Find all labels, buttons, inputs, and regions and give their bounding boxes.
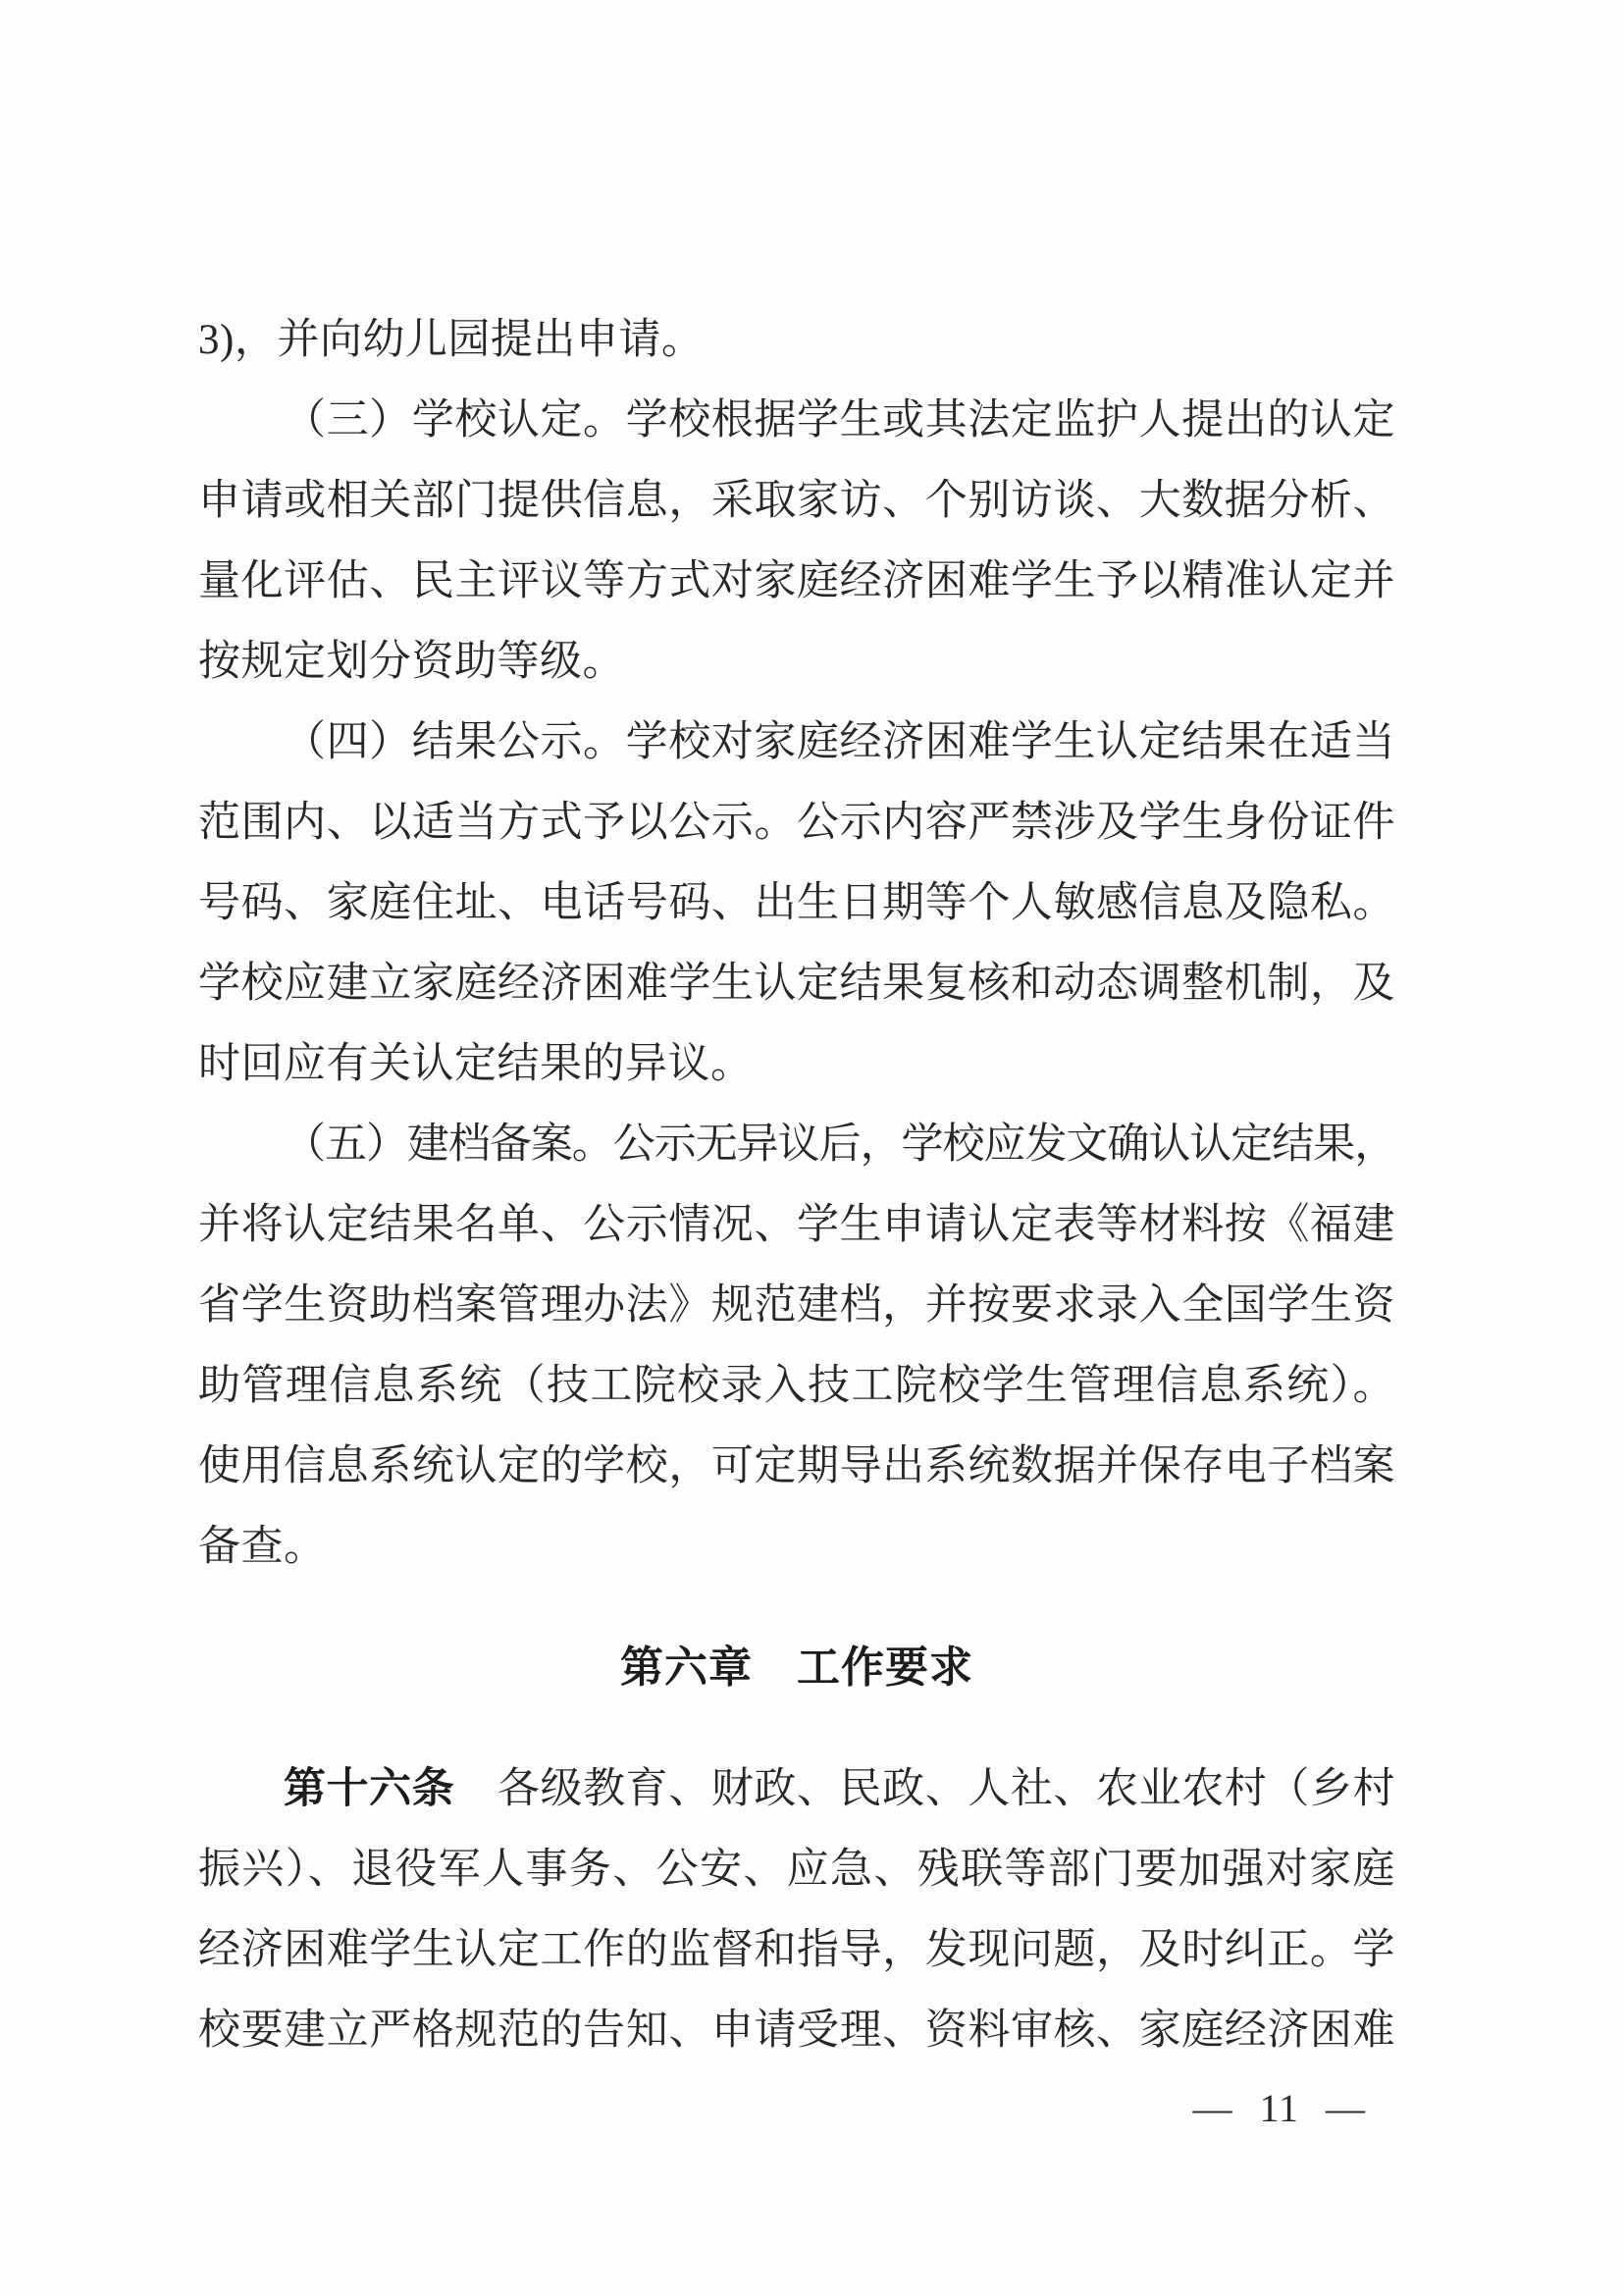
text-line: 3)，并向幼儿园提出申请。 [198,300,1395,381]
text-line: 并将认定结果名单、公示情况、学生申请认定表等材料按《福建 [198,1185,1395,1266]
text-line: 号码、家庭住址、电话号码、出生日期等个人敏感信息及隐私。 [198,863,1395,944]
text-line: （三）学校认定。学校根据学生或其法定监护人提出的认定 [198,381,1395,461]
text-line: （四）结果公示。学校对家庭经济困难学生认定结果在适当 [198,703,1395,783]
text-line: 经济困难学生认定工作的监督和指导，发现问题，及时纠正。学 [198,1910,1395,1991]
page-number: — 11 — [1192,2086,1366,2130]
text-line: 按规定划分资助等级。 [198,622,1395,703]
document-page: 3)，并向幼儿园提出申请。（三）学校认定。学校根据学生或其法定监护人提出的认定申… [0,0,1623,2296]
text-line: 省学生资助档案管理办法》规范建档，并按要求录入全国学生资 [198,1266,1395,1346]
text-line: （五）建档备案。公示无异议后，学校应发文确认认定结果， [198,1105,1395,1185]
text-line: 助管理信息系统（技工院校录入技工院校学生管理信息系统）。 [198,1346,1395,1427]
text-line: 申请或相关部门提供信息，采取家访、个别访谈、大数据分析、 [198,461,1395,542]
text-line: 学校应建立家庭经济困难学生认定结果复核和动态调整机制，及 [198,944,1395,1024]
page-footer: — 11 — [1192,2084,1366,2133]
text-line: 第十六条 各级教育、财政、民政、人社、农业农村（乡村 [198,1748,1395,1830]
text-line: 备查。 [198,1507,1395,1588]
text-line: 时回应有关认定结果的异议。 [198,1024,1395,1105]
text-segment: 各级教育、财政、民政、人社、农业农村（乡村 [454,1766,1395,1812]
text-line: 量化评估、民主评议等方式对家庭经济困难学生予以精准认定并 [198,542,1395,622]
text-line: 使用信息系统认定的学校，可定期导出系统数据并保存电子档案 [198,1427,1395,1507]
document-body: 3)，并向幼儿园提出申请。（三）学校认定。学校根据学生或其法定监护人提出的认定申… [198,300,1395,2071]
text-line: 范围内、以适当方式予以公示。公示内容严禁涉及学生身份证件 [198,783,1395,863]
chapter-heading: 第六章 工作要求 [198,1628,1395,1708]
text-line: 校要建立严格规范的告知、申请受理、资料审核、家庭经济困难 [198,1991,1395,2071]
text-line: 振兴）、退役军人事务、公安、应急、残联等部门要加强对家庭 [198,1830,1395,1910]
article-number: 第十六条 [284,1765,454,1812]
